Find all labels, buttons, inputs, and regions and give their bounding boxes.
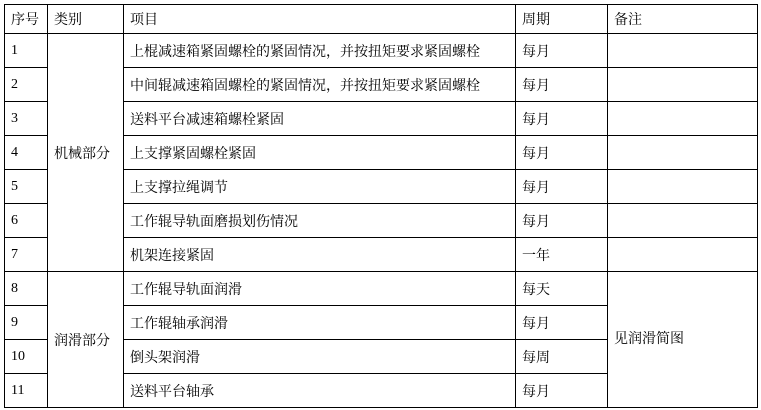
header-remark: 备注: [608, 5, 758, 34]
row-no-cell: 2: [5, 68, 48, 102]
row-no-cell: 3: [5, 102, 48, 136]
row-no-cell: 6: [5, 204, 48, 238]
remark-cell: [608, 68, 758, 102]
item-cell: 上支撑拉绳调节: [124, 170, 516, 204]
period-cell: 每月: [516, 68, 608, 102]
period-cell: 每月: [516, 170, 608, 204]
period-cell: 每月: [516, 34, 608, 68]
period-cell: 一年: [516, 238, 608, 272]
row-no-cell: 7: [5, 238, 48, 272]
table-row: 1 机械部分 上棍减速箱紧固螺栓的紧固情况，并按扭矩要求紧固螺栓 每月: [5, 34, 758, 68]
item-cell: 上支撑紧固螺栓紧固: [124, 136, 516, 170]
row-no-cell: 8: [5, 272, 48, 306]
item-cell: 工作辊导轨面磨损划伤情况: [124, 204, 516, 238]
row-no-cell: 4: [5, 136, 48, 170]
period-cell: 每月: [516, 102, 608, 136]
remark-cell: [608, 204, 758, 238]
category-cell-mechanical: 机械部分: [48, 34, 124, 272]
header-no: 序号: [5, 5, 48, 34]
period-cell: 每天: [516, 272, 608, 306]
period-cell: 每月: [516, 136, 608, 170]
row-no-cell: 10: [5, 340, 48, 374]
remark-cell-merged: 见润滑简图: [608, 272, 758, 408]
remark-cell: [608, 170, 758, 204]
remark-cell: [608, 238, 758, 272]
item-cell: 工作辊轴承润滑: [124, 306, 516, 340]
item-cell: 上棍减速箱紧固螺栓的紧固情况，并按扭矩要求紧固螺栓: [124, 34, 516, 68]
period-cell: 每周: [516, 340, 608, 374]
header-period: 周期: [516, 5, 608, 34]
row-no-cell: 5: [5, 170, 48, 204]
remark-cell: [608, 136, 758, 170]
item-cell: 送料平台减速箱螺栓紧固: [124, 102, 516, 136]
category-cell-lubrication: 润滑部分: [48, 272, 124, 408]
row-no-cell: 9: [5, 306, 48, 340]
table-row: 8 润滑部分 工作辊导轨面润滑 每天 见润滑简图: [5, 272, 758, 306]
item-cell: 机架连接紧固: [124, 238, 516, 272]
item-cell: 工作辊导轨面润滑: [124, 272, 516, 306]
period-cell: 每月: [516, 306, 608, 340]
row-no-cell: 11: [5, 374, 48, 408]
item-cell: 中间辊减速箱固螺栓的紧固情况，并按扭矩要求紧固螺栓: [124, 68, 516, 102]
item-cell: 送料平台轴承: [124, 374, 516, 408]
header-item: 项目: [124, 5, 516, 34]
row-no-cell: 1: [5, 34, 48, 68]
remark-cell: [608, 102, 758, 136]
remark-cell: [608, 34, 758, 68]
maintenance-schedule-table: 序号 类别 项目 周期 备注 1 机械部分 上棍减速箱紧固螺栓的紧固情况，并按扭…: [4, 4, 758, 408]
item-cell: 倒头架润滑: [124, 340, 516, 374]
header-category: 类别: [48, 5, 124, 34]
period-cell: 每月: [516, 374, 608, 408]
header-row: 序号 类别 项目 周期 备注: [5, 5, 758, 34]
period-cell: 每月: [516, 204, 608, 238]
